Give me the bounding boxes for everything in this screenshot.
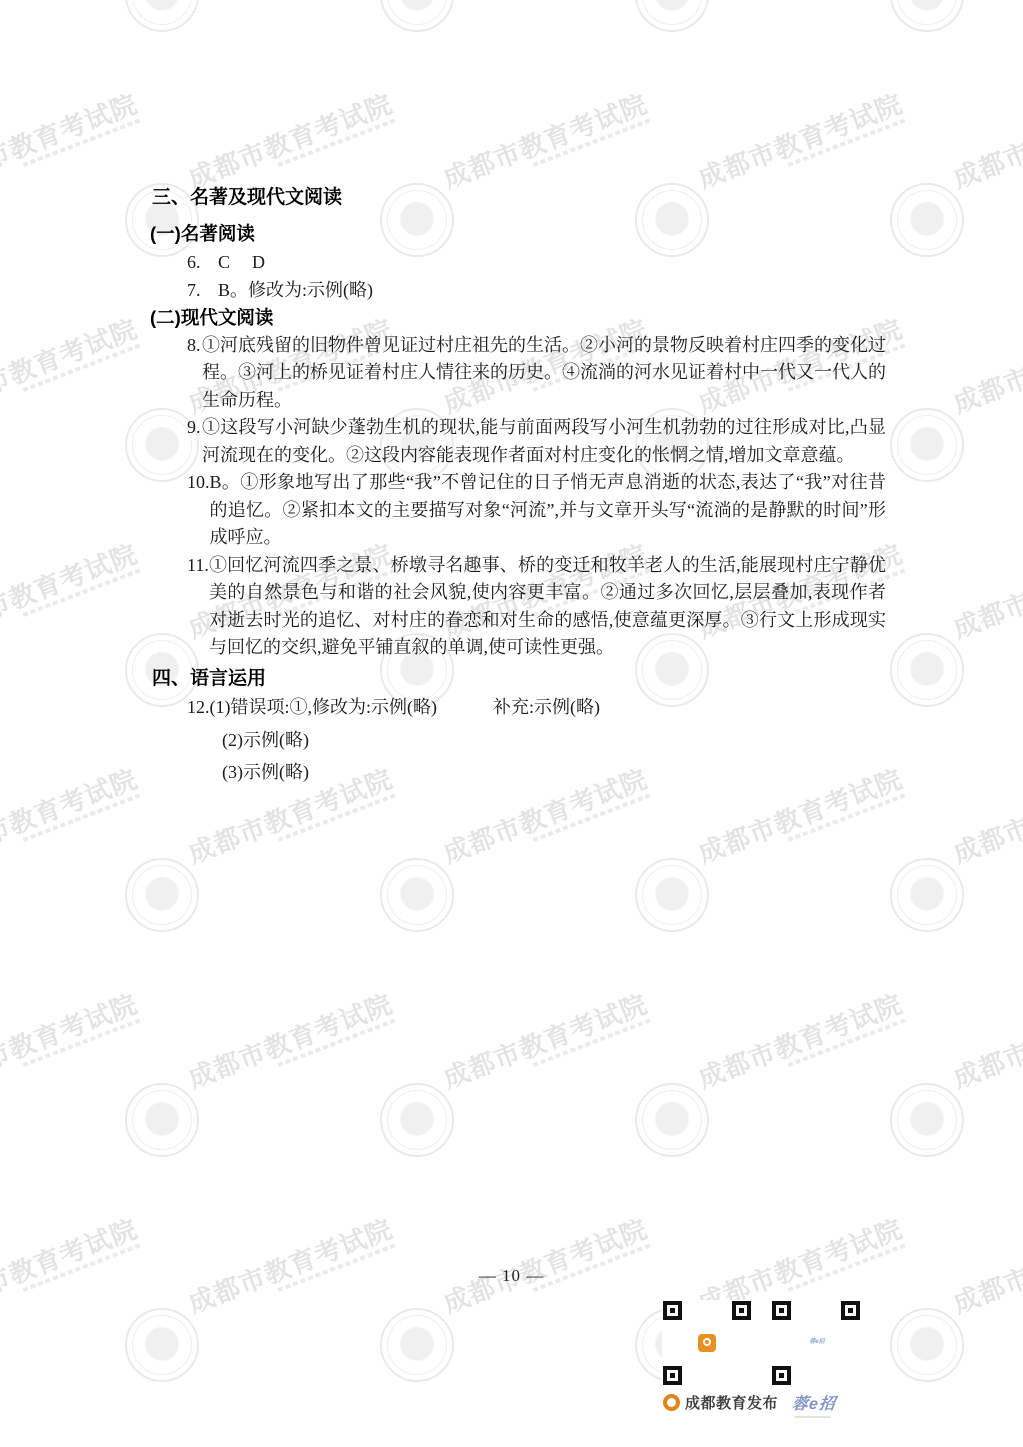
answer-item-6: 6. CD	[187, 249, 886, 277]
watermark-text: 成都市教育考试院	[0, 988, 142, 1093]
answer-item-11: 11. ①回忆河流四季之景、桥墩寻名趣事、桥的变迁和牧羊老人的生活,能展现村庄宁…	[187, 552, 886, 662]
answer-item-10: 10. B。①形象地写出了那些“我”不曾记住的日子悄无声息消逝的状态,表达了“我…	[187, 469, 886, 552]
watermark-seal-icon	[380, 1083, 454, 1157]
watermark-tile: 成都市教育考试院	[954, 782, 1023, 982]
watermark-subtext-line	[22, 567, 143, 617]
watermark-subtext-line	[22, 342, 143, 392]
watermark-tile: 成都市教育考试院	[189, 1007, 409, 1207]
watermark-text: 成都市教育考试院	[949, 313, 1023, 418]
qr-center-logo-orange	[694, 1330, 720, 1356]
watermark-tile: 成都市教育考试院	[444, 782, 664, 982]
question-number-9: 9.	[187, 414, 202, 469]
watermark-tile: 成都市教育考试院	[954, 1007, 1023, 1207]
watermark-seal-icon	[890, 1308, 964, 1382]
section-heading-3: 三、名著及现代文阅读	[152, 184, 886, 212]
watermark-seal-icon	[890, 408, 964, 482]
answer-text-10: B。①形象地写出了那些“我”不曾记住的日子悄无声息消逝的状态,表达了“我”对往昔…	[210, 469, 887, 552]
watermark-text: 成都市教育考试院	[949, 538, 1023, 643]
answer-option-d: D	[252, 252, 265, 272]
watermark-tile: 成都市教育考试院	[444, 1007, 664, 1207]
question-number-12: 12.	[187, 694, 210, 722]
watermark-tile: 成都市教育考试院	[444, 0, 664, 82]
qr-center-logo-blue: 蓉e招	[803, 1330, 831, 1350]
watermark-text: 成都市教育考试院	[439, 988, 651, 1093]
question-number-6: 6.	[187, 249, 218, 277]
watermark-subtext-line	[22, 1017, 143, 1067]
qr-finder-icon	[663, 1366, 682, 1385]
qr-left-label: 成都教育发布	[685, 1392, 778, 1413]
watermark-tile: 成都市教育考试院	[0, 332, 154, 532]
answer-option-c: C	[218, 252, 230, 272]
watermark-subtext-line	[532, 1017, 653, 1067]
watermark-text: 成都市教育考试院	[694, 88, 906, 193]
qr-right-label: 蓉e招	[791, 1391, 838, 1418]
watermark-tile: 成都市教育考试院	[0, 557, 154, 757]
watermark-seal-icon	[635, 858, 709, 932]
watermark-subtext-line	[22, 792, 143, 842]
watermark-subtext-line	[787, 117, 908, 167]
watermark-text: 成都市教育考试院	[949, 763, 1023, 868]
page-number: — 10 —	[0, 1266, 1023, 1286]
watermark-seal-icon	[125, 0, 199, 32]
watermark-text: 成都市教育考试院	[0, 88, 142, 193]
answer-item-12: 12. (1)错误项:①,修改为:示例(略)补充:示例(略)	[187, 694, 886, 722]
answer-text-7: B。修改为:示例(略)	[218, 277, 886, 305]
answer-12-part1: (1)错误项:①,修改为:示例(略)	[210, 697, 437, 717]
answer-text-9: ①这段写小河缺少蓬勃生机的现状,能与前面两段写小河生机勃勃的过往形成对比,凸显河…	[202, 414, 886, 469]
watermark-tile: 成都市教育考试院	[189, 0, 409, 82]
qr-code-chengdu-education	[662, 1300, 752, 1386]
document-page: 成都市教育考试院成都市教育考试院成都市教育考试院成都市教育考试院成都市教育考试院…	[0, 0, 1023, 1447]
watermark-tile: 成都市教育考试院	[954, 332, 1023, 532]
qr-finder-icon	[732, 1301, 751, 1320]
answer-12-part2: (2)示例(略)	[222, 727, 886, 755]
watermark-tile: 成都市教育考试院	[0, 0, 154, 82]
watermark-seal-icon	[890, 633, 964, 707]
watermark-text: 成都市教育考试院	[0, 763, 142, 868]
watermark-tile: 成都市教育考试院	[189, 1232, 409, 1432]
qr-code-rong-e-zhao: 蓉e招	[771, 1300, 861, 1386]
answer-key-content: 三、名著及现代文阅读 (一)名著阅读 6. CD 7. B。修改为:示例(略) …	[150, 184, 886, 787]
watermark-tile: 成都市教育考试院	[0, 107, 154, 307]
answer-12-part3: (3)示例(略)	[222, 759, 886, 787]
watermark-seal-icon	[890, 0, 964, 32]
watermark-seal-icon	[635, 1083, 709, 1157]
watermark-subtext-line	[787, 792, 908, 842]
watermark-tile: 成都市教育考试院	[954, 0, 1023, 82]
watermark-tile: 成都市教育考试院	[699, 1007, 919, 1207]
answer-text-11: ①回忆河流四季之景、桥墩寻名趣事、桥的变迁和牧羊老人的生活,能展现村庄宁静优美的…	[209, 552, 886, 662]
watermark-text: 成都市教育考试院	[949, 988, 1023, 1093]
watermark-subtext-line	[277, 117, 398, 167]
qr-left-caption: 成都教育发布	[663, 1392, 778, 1413]
watermark-subtext-line	[787, 1017, 908, 1067]
watermark-seal-icon	[125, 1308, 199, 1382]
watermark-text: 成都市教育考试院	[949, 88, 1023, 193]
watermark-seal-icon	[125, 1083, 199, 1157]
watermark-text: 成都市教育考试院	[439, 88, 651, 193]
watermark-seal-icon	[890, 858, 964, 932]
answer-item-7: 7. B。修改为:示例(略)	[187, 277, 886, 305]
answer-options-6: CD	[218, 249, 886, 277]
watermark-tile: 成都市教育考试院	[954, 1232, 1023, 1432]
answer-text-8: ①河底残留的旧物件曾见证过村庄祖先的生活。②小河的景物反映着村庄四季的变化过程。…	[202, 332, 886, 415]
answer-item-8: 8. ①河底残留的旧物件曾见证过村庄祖先的生活。②小河的景物反映着村庄四季的变化…	[187, 332, 886, 415]
question-number-7: 7.	[187, 277, 218, 305]
chengdu-education-logo-icon	[698, 1334, 716, 1352]
section-heading-4: 四、语言运用	[152, 665, 886, 693]
watermark-text: 成都市教育考试院	[694, 988, 906, 1093]
answer-12-supplement: 补充:示例(略)	[493, 697, 600, 717]
watermark-tile: 成都市教育考试院	[189, 782, 409, 982]
watermark-subtext-line	[532, 117, 653, 167]
qr-finder-icon	[841, 1301, 860, 1320]
qr-finder-icon	[663, 1301, 682, 1320]
question-number-10: 10.	[187, 469, 210, 552]
watermark-seal-icon	[380, 1308, 454, 1382]
question-number-8: 8.	[187, 332, 202, 415]
watermark-tile: 成都市教育考试院	[699, 782, 919, 982]
question-number-11: 11.	[187, 552, 209, 662]
subsection-heading-modern-text: (二)现代文阅读	[150, 304, 886, 332]
watermark-seal-icon	[380, 0, 454, 32]
watermark-subtext-line	[277, 1017, 398, 1067]
watermark-seal-icon	[890, 1083, 964, 1157]
watermark-tile: 成都市教育考试院	[0, 1232, 154, 1432]
watermark-text: 成都市教育考试院	[184, 88, 396, 193]
watermark-subtext-line	[22, 117, 143, 167]
watermark-seal-icon	[380, 858, 454, 932]
watermark-tile: 成都市教育考试院	[0, 782, 154, 982]
subsection-heading-famous-works: (一)名著阅读	[150, 220, 886, 248]
watermark-text: 成都市教育考试院	[184, 988, 396, 1093]
watermark-text: 成都市教育考试院	[0, 313, 142, 418]
watermark-seal-icon	[890, 183, 964, 257]
watermark-tile: 成都市教育考试院	[0, 1007, 154, 1207]
watermark-text: 成都市教育考试院	[0, 538, 142, 643]
watermark-seal-icon	[635, 0, 709, 32]
qr-finder-icon	[772, 1366, 791, 1385]
orange-ring-logo-icon	[663, 1394, 680, 1411]
watermark-tile: 成都市教育考试院	[699, 0, 919, 82]
watermark-tile: 成都市教育考试院	[954, 107, 1023, 307]
watermark-subtext-line	[532, 792, 653, 842]
watermark-seal-icon	[125, 858, 199, 932]
watermark-subtext-line	[277, 792, 398, 842]
answer-item-9: 9. ①这段写小河缺少蓬勃生机的现状,能与前面两段写小河生机勃勃的过往形成对比,…	[187, 414, 886, 469]
watermark-tile: 成都市教育考试院	[954, 557, 1023, 757]
answer-text-12-line1: (1)错误项:①,修改为:示例(略)补充:示例(略)	[210, 694, 887, 722]
watermark-tile: 成都市教育考试院	[444, 1232, 664, 1432]
qr-finder-icon	[772, 1301, 791, 1320]
